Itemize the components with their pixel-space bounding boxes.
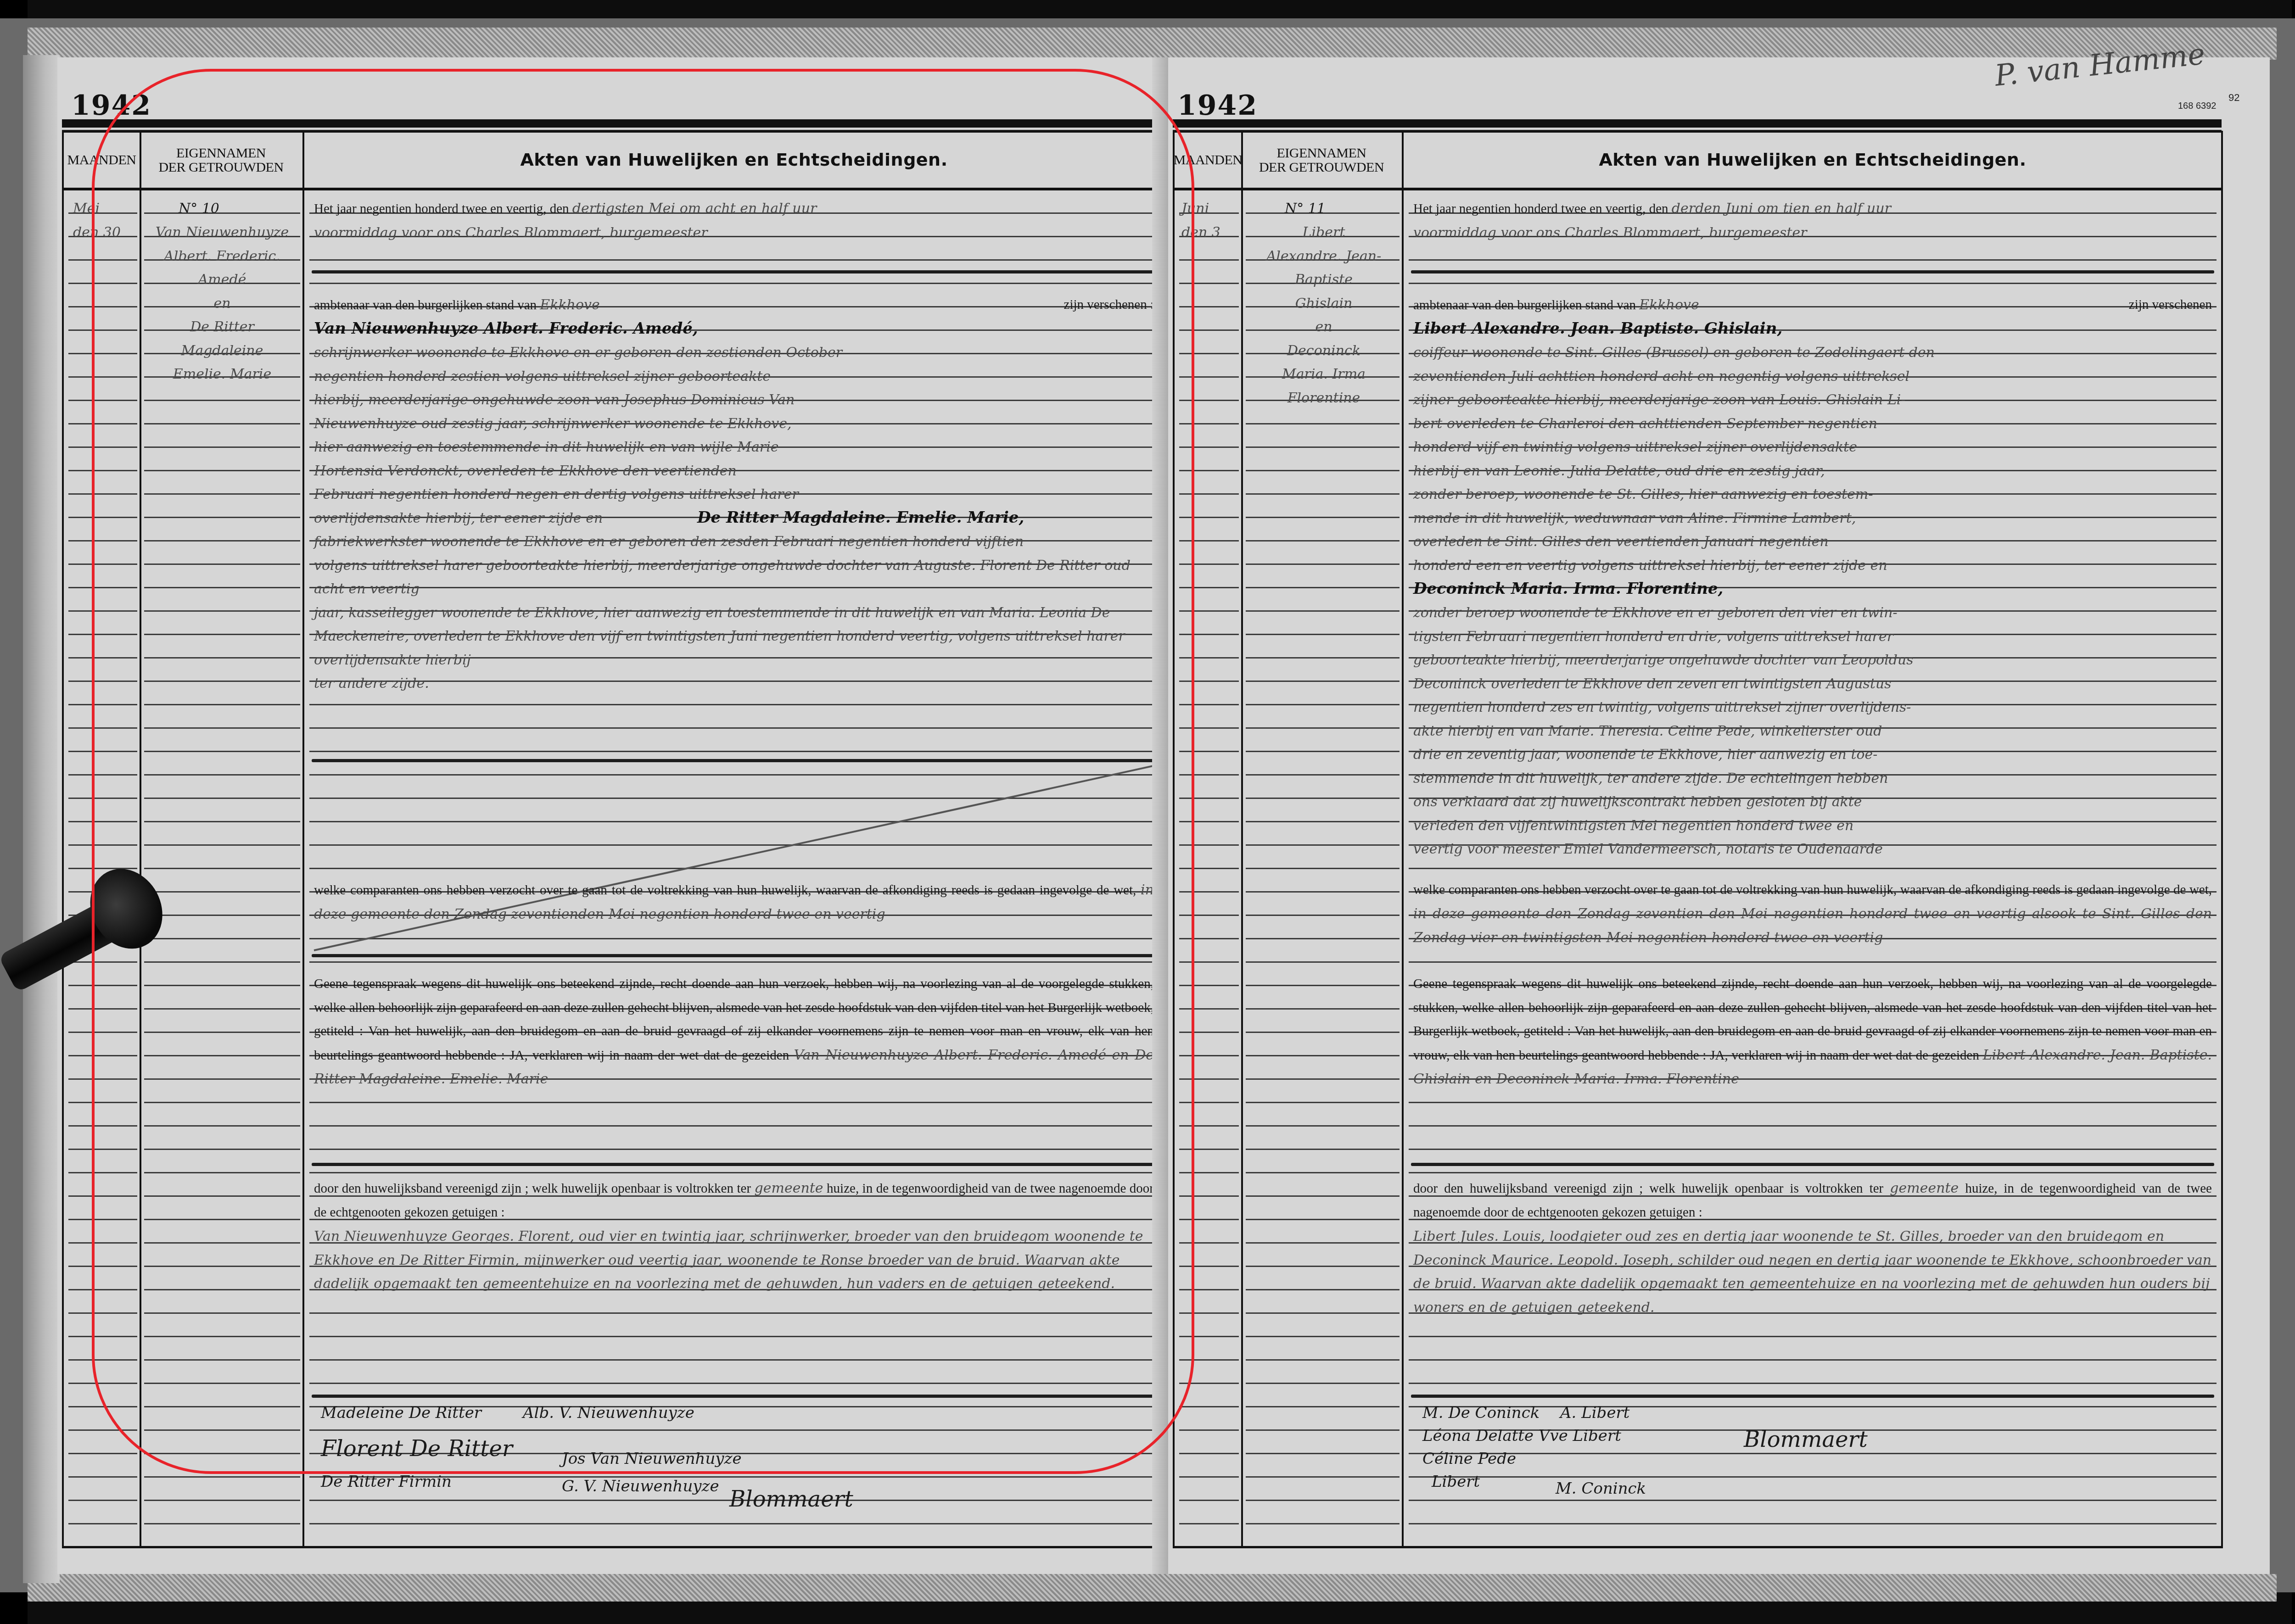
header-months: MAANDEN <box>1175 133 1241 188</box>
handwritten-line: negentien honderd zestien volgens uittre… <box>314 365 1154 389</box>
cloth-binding-top <box>28 28 2277 60</box>
officer-line: ambtenaar van den burgerlijken stand van… <box>314 293 1154 318</box>
groom-details: schrijnwerker woonende te Ekkhove en er … <box>314 341 1154 530</box>
handwritten-line: zonder beroep, woonende te St. Gilles, h… <box>1413 483 2212 507</box>
union-paragraph: door den huwelijksband vereenigd zijn ; … <box>314 1177 1154 1224</box>
page-year: 1942 <box>1177 89 1258 122</box>
handwritten-line: Emelie. Marie <box>146 363 298 386</box>
handwritten-line: zonder beroep woonende te Ekkhove en er … <box>1413 601 2212 625</box>
handwritten-line: zijner geboorteakte hierbij, meerderjari… <box>1413 388 2212 412</box>
groom-name: Libert Alexandre. Jean. Baptiste. Ghisla… <box>1413 317 2212 341</box>
header-title: Akten van Huwelijken en Echtscheidingen. <box>305 133 1163 188</box>
header-title: Akten van Huwelijken en Echtscheidingen. <box>1404 133 2221 188</box>
ceremony-paragraph: Geene tegenspraak wegens dit huwelijk on… <box>1413 972 2212 1092</box>
handwritten-line: Amedé <box>146 268 298 292</box>
signature-witness-2: M. Coninck <box>1556 1479 1646 1498</box>
handwritten-line: honderd een en veertig volgens uittrekse… <box>1413 554 2212 578</box>
handwritten-line: Van Nieuwenhuyze <box>146 221 298 245</box>
bride-name: Deconinck Maria. Irma. Florentine, <box>1413 577 2102 601</box>
union-paragraph: door den huwelijksband vereenigd zijn ; … <box>1413 1177 2212 1224</box>
register-table: MAANDEN EIGENNAMEN DER GETROUWDEN Akten … <box>1173 131 2223 1548</box>
signature-bride: M. De Coninck <box>1422 1404 1539 1422</box>
handwritten-line: Deconinck overleden te Ekkhove den zeven… <box>1413 672 2212 696</box>
edge-tab-number: 92 <box>2228 92 2239 104</box>
handwritten-line: zeventienden Juli achttien honderd acht … <box>1413 365 2212 389</box>
request-paragraph: welke comparanten ons hebben verzocht ov… <box>1413 878 2212 950</box>
spouse-names-list: Van NieuwenhuyzeAlbert. Frederic.Amedéen… <box>146 221 298 386</box>
handwritten-line: honderd vijf en twintig volgens uittreks… <box>1413 435 2212 459</box>
handwritten-line: Nieuwenhuyze oud zestig jaar, schrijnwer… <box>314 412 1154 436</box>
signature-witness-1: Libert <box>1432 1473 1480 1491</box>
header-names: EIGENNAMEN DER GETROUWDEN <box>1241 133 1402 188</box>
entry-day: den 3 <box>1181 221 1241 245</box>
handwritten-line: volgens uittreksel harer geboorteakte hi… <box>314 554 1154 601</box>
handwritten-line: hierbij, meerderjarige ongehuwde zoon va… <box>314 388 1154 412</box>
handwritten-line: geboorteakte hierbij, meerderjarige onge… <box>1413 648 2212 672</box>
handwritten-line: stemmende in dit huwelijk, ter andere zi… <box>1413 767 2212 791</box>
signature-father-groom: Jos Van Nieuwenhuyze <box>562 1450 742 1468</box>
section-divider <box>1411 270 2214 273</box>
record-number: N° 11 <box>1285 197 1377 221</box>
section-divider <box>312 1395 1156 1398</box>
section-divider <box>312 270 1156 273</box>
signature-mother-groom: Léona Delatte Vve Libert <box>1422 1427 1621 1445</box>
signature-mother-bride: Céline Pede <box>1422 1450 1516 1468</box>
witnesses: Libert Jules. Louis, loodgieter oud zes … <box>1413 1225 2212 1319</box>
entry-month: Juni <box>1181 197 1241 221</box>
signature-mayor: Blommaert <box>729 1486 853 1512</box>
handwritten-line: ter andere zijde. <box>314 672 1154 696</box>
handwritten-line: coiffeur woonende te Sint. Gilles (Bruss… <box>1413 341 2212 365</box>
page-stack-edge <box>23 55 60 1583</box>
section-divider <box>312 1163 1156 1166</box>
signature-father-bride: Florent De Ritter <box>321 1436 513 1462</box>
section-divider <box>312 759 1156 762</box>
handwritten-line: Ghislain <box>1248 292 1399 316</box>
entry-month: Mei <box>73 197 137 221</box>
bride-details: zonder beroep woonende te Ekkhove en er … <box>1413 601 2212 861</box>
handwritten-line: overleden te Sint. Gilles den veertiende… <box>1413 530 2212 554</box>
header-names: EIGENNAMEN DER GETROUWDEN <box>140 133 302 188</box>
bride-name: De Ritter Magdaleine. Emelie. Marie, <box>697 506 1156 530</box>
signature-mayor: Blommaert <box>1744 1427 1868 1452</box>
header-months: MAANDEN <box>64 133 140 188</box>
entry-day: den 30 <box>73 221 137 245</box>
handwritten-line: Florentine <box>1248 386 1399 410</box>
handwritten-line: tigsten Februari negentien honderd en dr… <box>1413 625 2212 649</box>
handwritten-line: en <box>1248 315 1399 339</box>
register-table: MAANDEN EIGENNAMEN DER GETROUWDEN Akten … <box>62 131 1165 1548</box>
handwritten-line: drie en zeventig jaar, woonende te Ekkho… <box>1413 743 2212 767</box>
handwritten-line: mende in dit huwelijk, weduwnaar van Ali… <box>1413 507 2212 530</box>
handwritten-line: Baptiste <box>1248 268 1399 292</box>
handwritten-line: De Ritter <box>146 315 298 339</box>
signature-groom: A. Libert <box>1560 1404 1629 1422</box>
opening-sentence: Het jaar negentien honderd twee en veert… <box>314 197 1154 245</box>
handwritten-line: bert overleden te Charleroi den achttien… <box>1413 412 2212 436</box>
section-divider <box>1411 1163 2214 1166</box>
right-page: 1942 P. van Hamme 168 6392 MAANDEN EIGEN… <box>1168 57 2270 1574</box>
handwritten-line: schrijnwerker woonende te Ekkhove en er … <box>314 341 1154 365</box>
section-divider <box>1411 1395 2214 1398</box>
ceremony-paragraph: Geene tegenspraak wegens dit huwelijk on… <box>314 972 1154 1092</box>
handwritten-line: Magdaleine <box>146 339 298 363</box>
bride-details: fabriekwerkster woonende te Ekkhove en e… <box>314 530 1154 696</box>
handwritten-line: Hortensia Verdonckt, overleden te Ekkhov… <box>314 459 1154 483</box>
handwritten-line: negentien honderd zes en twintig, volgen… <box>1413 696 2212 720</box>
signature-bride: Madeleine De Ritter <box>321 1404 481 1422</box>
signature-witness-1: De Ritter Firmin <box>321 1473 452 1491</box>
form-number: 168 6392 <box>2178 101 2216 112</box>
month-ruling <box>1179 190 1239 1546</box>
spouse-names-list: LibertAlexandre. Jean-BaptisteGhislainen… <box>1248 221 1399 410</box>
handwritten-line: hier aanwezig en toestemmende in dit huw… <box>314 435 1154 459</box>
handwritten-line: jaar, kasseilegger woonende te Ekkhove, … <box>314 601 1154 672</box>
opening-sentence: Het jaar negentien honderd twee en veert… <box>1413 197 2212 245</box>
handwritten-line: Albert. Frederic. <box>146 245 298 268</box>
groom-name: Van Nieuwenhuyze Albert. Frederic. Amedé… <box>314 317 1154 341</box>
groom-details: coiffeur woonende te Sint. Gilles (Bruss… <box>1413 341 2212 577</box>
handwritten-line: Maria. Irma <box>1248 363 1399 386</box>
handwritten-line: hierbij en van Leonie. Julia Delatte, ou… <box>1413 459 2212 483</box>
header-rule <box>1173 119 2222 128</box>
officer-line: ambtenaar van den burgerlijken stand van… <box>1413 293 2212 318</box>
handwritten-line: en <box>146 292 298 316</box>
handwritten-line: fabriekwerkster woonende te Ekkhove en e… <box>314 530 1154 554</box>
header-rule <box>62 119 1164 128</box>
left-page: 1942 MAANDEN EIGENNAMEN DER GETROUWDEN A… <box>57 57 1168 1574</box>
page-year: 1942 <box>71 89 151 122</box>
record-number: N° 10 <box>179 197 270 221</box>
handwritten-line: Alexandre. Jean- <box>1248 245 1399 268</box>
witnesses: Van Nieuwenhuyze Georges. Florent, oud v… <box>314 1225 1154 1296</box>
request-paragraph: welke comparanten ons hebben verzocht ov… <box>314 878 1154 926</box>
cloth-binding-bottom <box>28 1574 2277 1602</box>
section-divider <box>312 954 1156 957</box>
handwritten-line: Deconinck <box>1248 339 1399 363</box>
signature-witness-2: G. V. Nieuwenhuyze <box>562 1477 719 1496</box>
names-ruling <box>144 190 300 1546</box>
signature-groom: Alb. V. Nieuwenhuyze <box>523 1404 694 1422</box>
handwritten-line: Februari negentien honderd negen en dert… <box>314 483 1154 507</box>
handwritten-line: ons verklaard dat zij huwelijkscontrakt … <box>1413 790 2212 814</box>
handwritten-line: verleden den vijfentwintigsten Mei negen… <box>1413 814 2212 838</box>
handwritten-line: Libert <box>1248 221 1399 245</box>
handwritten-line: akte hierbij en van Marie. Theresia. Cel… <box>1413 720 2212 743</box>
handwritten-line: veertig voor meester Emiel Vandermeersch… <box>1413 837 2212 861</box>
